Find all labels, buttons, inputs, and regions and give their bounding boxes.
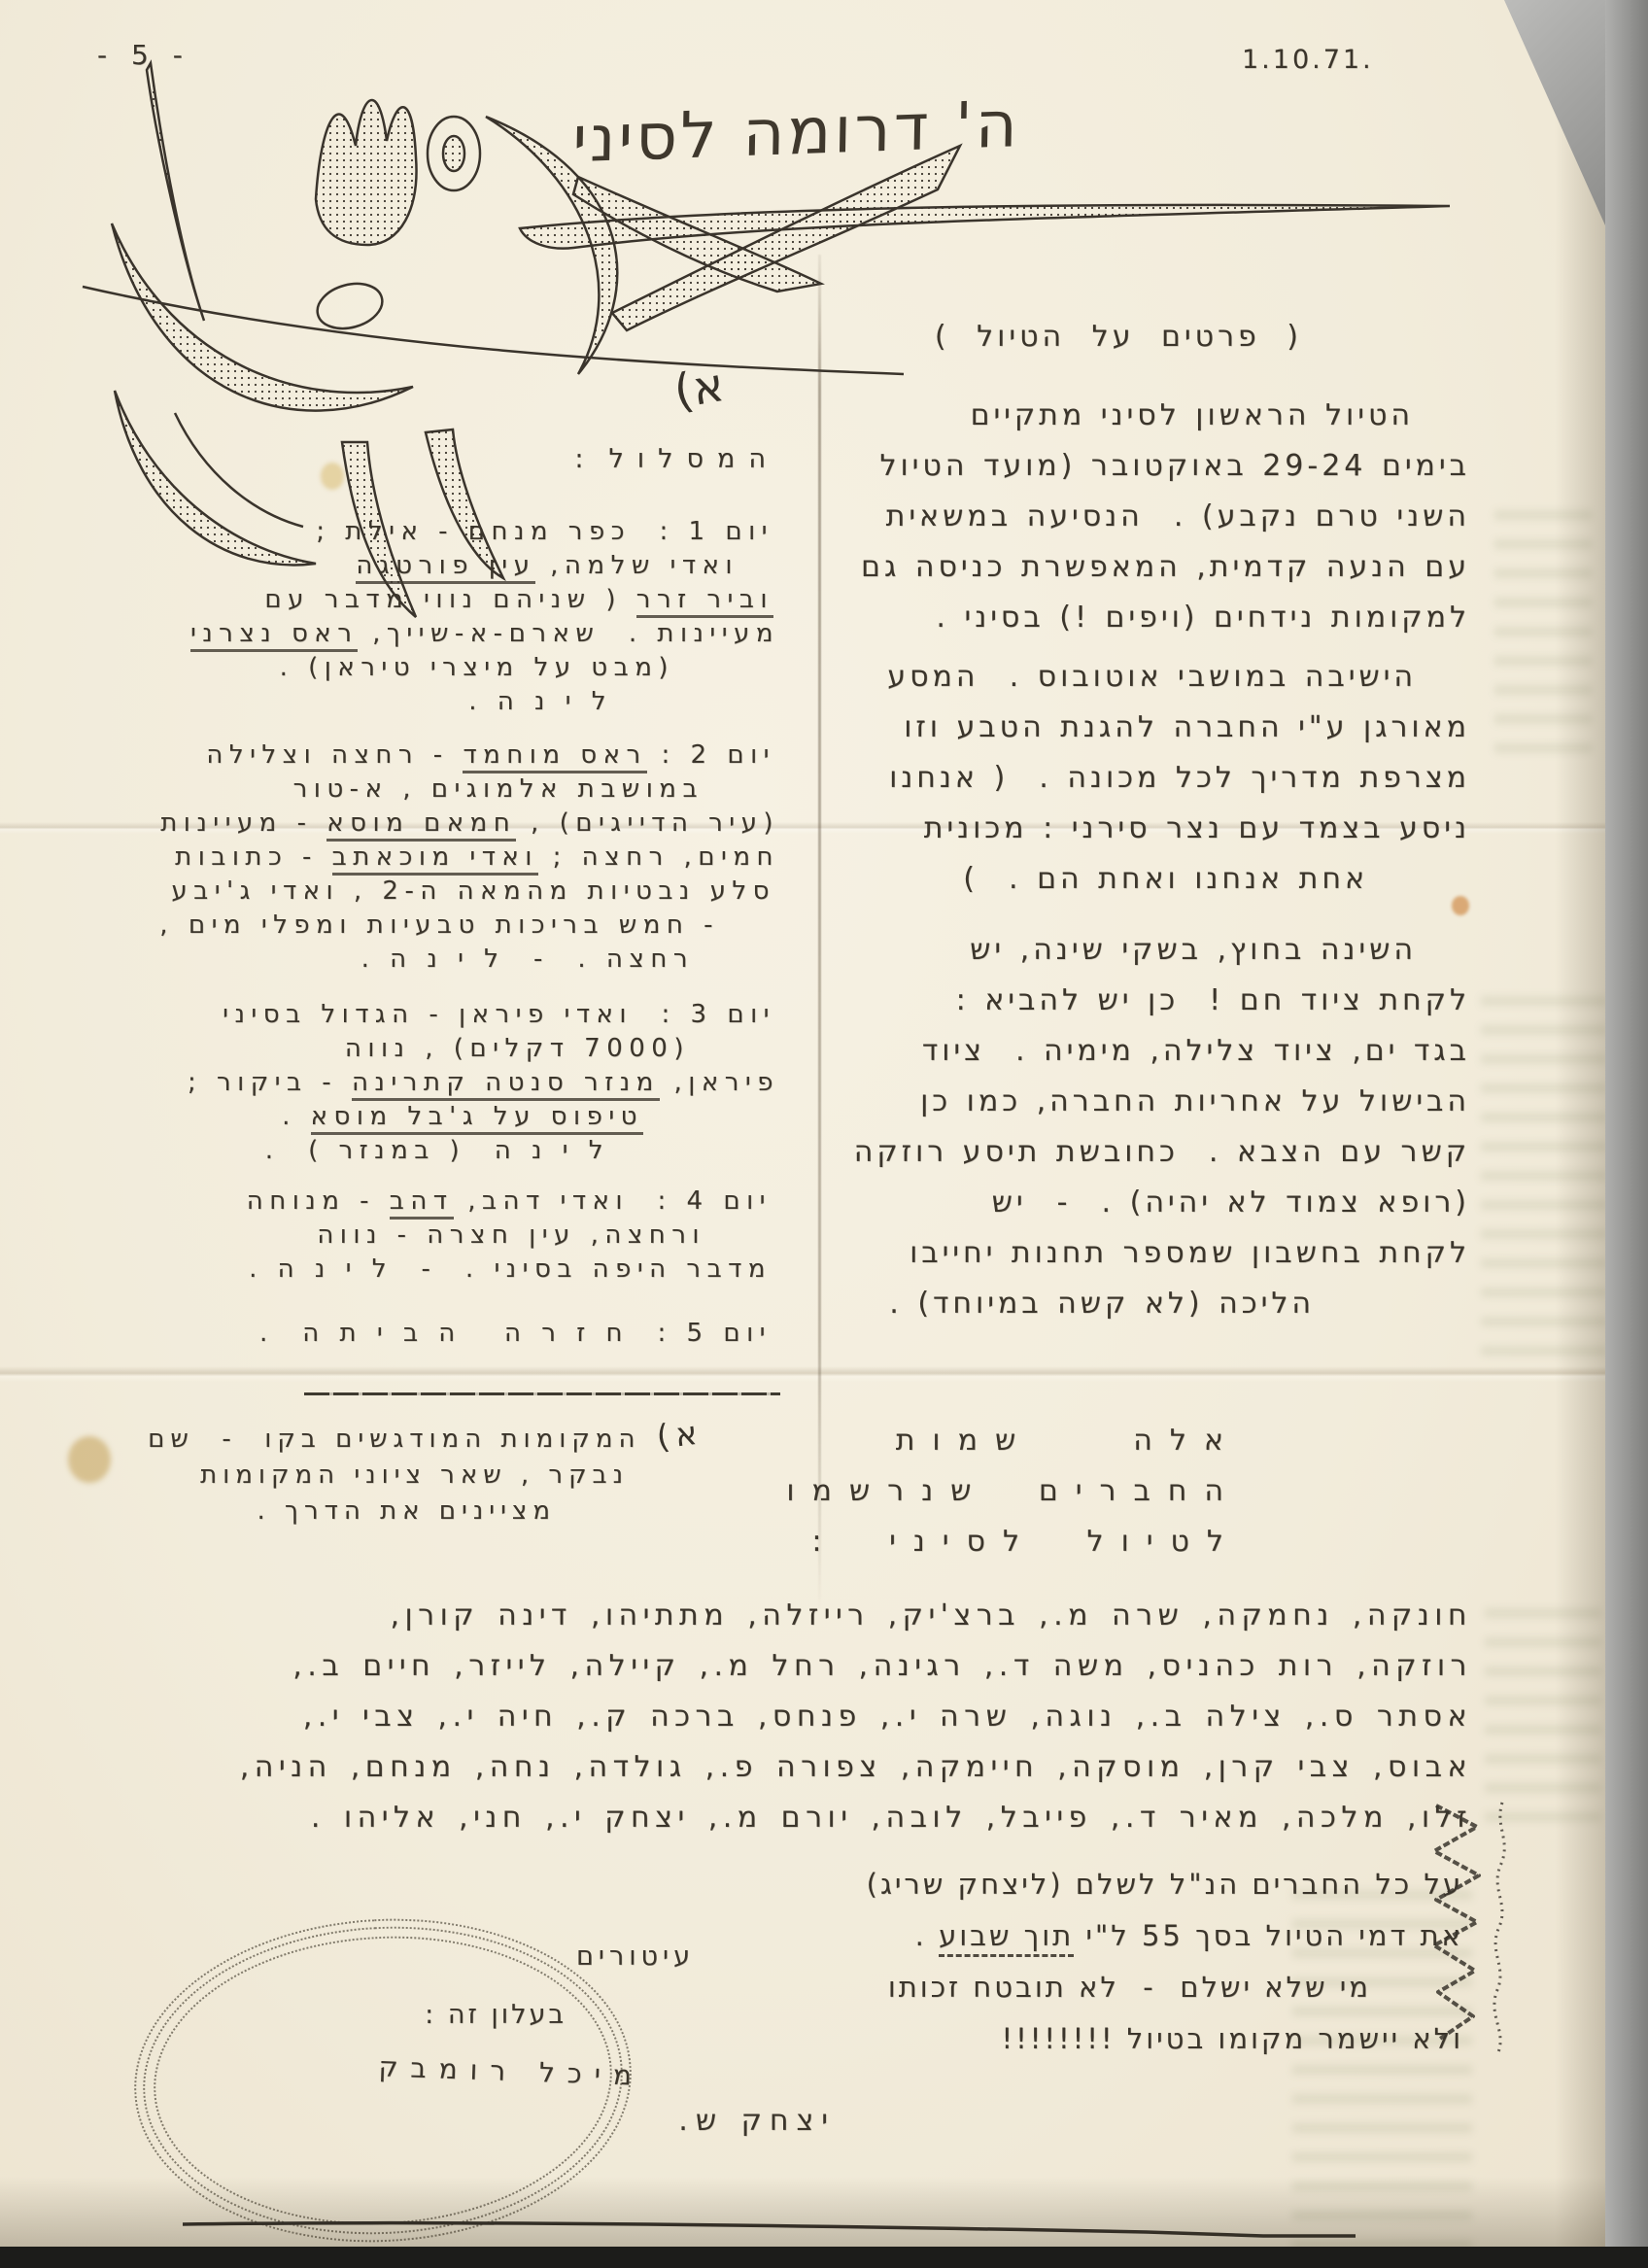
text-line: מאורגן ע"י החברה להגנת הטבע וזו xyxy=(819,703,1470,753)
text-segment: השני טרם נקבע) . הנסיעה במשאית xyxy=(886,499,1470,533)
text-segment: - ביקור ; xyxy=(188,1068,352,1097)
text-line: החברים שנרשמו xyxy=(794,1466,1241,1517)
text-line: בימים 29-24 באוקטובר (מועד הטיול xyxy=(819,441,1470,492)
zigzag-margin-decoration xyxy=(1426,1798,1533,2060)
credit-line: עיטורים xyxy=(525,1942,695,1972)
text-segment: לקחת ציוד חם ! כן יש להביא : xyxy=(956,983,1470,1017)
text-segment: פיראן, xyxy=(660,1068,779,1097)
text-segment: ניסע בצמד עם נצר סירני : מכונית xyxy=(924,811,1470,845)
text-line: הליכה (לא קשה במיוחד) . xyxy=(819,1279,1470,1329)
handwritten-marker: א) xyxy=(638,1414,705,1458)
text-line: מציינים את הדרך . xyxy=(97,1494,779,1529)
text-segment: אלה שמות xyxy=(896,1424,1241,1458)
text-segment: הישיבה במושבי אוטובוס . המסע xyxy=(887,660,1417,694)
itinerary-heading-colon: : xyxy=(574,444,583,474)
text-line: זלו, מלכה, מאיר ד., פייבל, לובה, יורם מ.… xyxy=(178,1793,1472,1843)
text-segment: הטיול הראשון לסיני מתקיים xyxy=(971,398,1414,432)
underlined-place-name: ראס מוחמד xyxy=(463,740,646,773)
underlined-place-name: ראס נצרני xyxy=(190,619,358,652)
underlined-place-name: חמאם מוסא xyxy=(326,808,516,842)
itinerary-day-2: יום 2 : ראס מוחמד - רחצה וצלילהבמושבת אל… xyxy=(97,739,779,977)
text-segment: הבישול על אחריות החברה, כמו כן xyxy=(920,1084,1470,1118)
text-segment: הליכה (לא קשה במיוחד) . xyxy=(889,1287,1315,1321)
details-paragraph-2: הישיבה במושבי אוטובוס . המסעמאורגן ע"י ה… xyxy=(819,652,1470,905)
text-line: חונקה, נחמקה, שרה מ., ברצ'יק, רייזלה, מת… xyxy=(178,1591,1472,1641)
text-segment: אבוס, צבי קרן, מוסקה, חיימקה, צפורה פ., … xyxy=(240,1750,1472,1784)
text-segment: לקחת בחשבון שמספר תחנות יחייבו xyxy=(910,1236,1470,1270)
itinerary-footnote: א) המקומות המודגשים בקו - שםנבקר , שאר צ… xyxy=(97,1418,779,1529)
details-paragraph-1: הטיול הראשון לסיני מתקייםבימים 29-24 באו… xyxy=(819,391,1470,643)
text-line: רוזקה, רות כהניס, משה ד., רגינה, רחל מ.,… xyxy=(178,1641,1472,1692)
text-segment: עם הנעה קדמית, המאפשרת כניסה גם xyxy=(861,550,1470,584)
text-line: - חמש בריכות טבעיות ומפלי מים , xyxy=(97,909,779,943)
text-segment: (עיר הדייגים) , xyxy=(516,808,779,838)
text-line: (עיר הדייגים) , חמאם מוסא - מעיינות xyxy=(97,807,779,841)
text-line: מדבר היפה בסיני . - ל י נ ה . xyxy=(97,1253,779,1287)
text-segment: המקומות המודגשים בקו - שם xyxy=(148,1425,640,1454)
text-line: וביר זרר ( שניהם נווי מדבר עם xyxy=(97,583,779,617)
text-segment: יום 3 : ואדי פיראן - הגדול בסיני xyxy=(223,1000,775,1029)
text-segment: מציינים את הדרך . xyxy=(257,1496,556,1526)
text-segment: נבקר , שאר ציוני המקומות xyxy=(200,1460,629,1490)
text-line: אלה שמות xyxy=(794,1416,1241,1466)
text-segment: ואדי שלמה, xyxy=(535,551,738,580)
text-line: א) המקומות המודגשים בקו - שם xyxy=(97,1418,779,1458)
text-segment: מאורגן ע"י החברה להגנת הטבע וזו xyxy=(904,710,1470,744)
text-line: ניסע בצמד עם נצר סירני : מכונית xyxy=(819,804,1470,854)
text-segment: בימים 29-24 באוקטובר (מועד הטיול xyxy=(879,449,1470,483)
registered-names-list: חונקה, נחמקה, שרה מ., ברצ'יק, רייזלה, מת… xyxy=(178,1591,1472,1843)
text-line: לטיול לסיני : xyxy=(794,1517,1241,1567)
text-segment: את דמי הטיול בסך 55 ל"י xyxy=(1074,1919,1463,1952)
text-segment: החברים שנרשמו xyxy=(786,1474,1241,1508)
names-heading: אלה שמותהחברים שנרשמולטיול לסיני : xyxy=(794,1416,1241,1567)
text-segment: זלו, מלכה, מאיר ד., פייבל, לובה, יורם מ.… xyxy=(311,1801,1472,1835)
text-line: (רופא צמוד לא יהיה) . - יש xyxy=(819,1178,1470,1228)
text-line: טיפוס על ג'בל מוסא . xyxy=(97,1100,779,1134)
underlined-place-name: וביר זרר xyxy=(636,585,773,618)
text-line: הטיול הראשון לסיני מתקיים xyxy=(819,391,1470,441)
text-segment: ולא יישמר מקומו בטיול !!!!!!!! xyxy=(1002,2022,1463,2055)
text-line: ואדי שלמה, עין פורטגה xyxy=(97,549,779,583)
underlined-place-name: טיפוס על ג'בל מוסא xyxy=(311,1102,643,1135)
text-segment: מצרפת מדריך לכל מכונה . ( אנחנו xyxy=(889,761,1470,795)
text-line: קשר עם הצבא . כחובשת תיסע רוזקה xyxy=(819,1127,1470,1178)
text-segment: (7000 דקלים) , נווה xyxy=(345,1034,690,1063)
itinerary-day-3: יום 3 : ואדי פיראן - הגדול בסיני(7000 דק… xyxy=(97,998,779,1168)
text-line: על כל החברים הנ"ל לשלם (ליצחק שריג) xyxy=(542,1859,1463,1910)
text-segment: ורחצה, עין חצרה - נווה xyxy=(317,1220,705,1250)
text-line: עם הנעה קדמית, המאפשרת כניסה גם xyxy=(819,542,1470,593)
text-line: (7000 דקלים) , נווה xyxy=(97,1032,779,1066)
text-segment: (מבט על מיצרי טיראן) . xyxy=(280,653,674,682)
text-line: במושבת אלמוגים , א-טור xyxy=(97,773,779,807)
text-segment: קשר עם הצבא . כחובשת תיסע רוזקה xyxy=(854,1135,1470,1169)
text-segment: - מעיינות xyxy=(160,808,326,838)
text-line: ל י נ ה . xyxy=(97,685,779,719)
text-line: אחת אנחנו ואחת הם . ) xyxy=(819,854,1470,905)
text-line: יום 3 : ואדי פיראן - הגדול בסיני xyxy=(97,998,779,1032)
text-segment: (רופא צמוד לא יהיה) . - יש xyxy=(992,1186,1470,1220)
underlined-place-name: מנזר סנטה קתרינה xyxy=(352,1068,660,1101)
footnote-separator-line xyxy=(304,1392,780,1395)
text-segment: אסתר ס., צילה ב., נוגה, שרה י., פנחס, בר… xyxy=(303,1700,1472,1734)
scanner-background-bottom xyxy=(0,2247,1648,2268)
text-segment: ל י נ ה . xyxy=(468,687,612,716)
text-segment: יום 4 : ואדי דהב, xyxy=(454,1186,772,1216)
text-segment: למקומות נידחים (ויפים !) בסיני . xyxy=(936,601,1470,635)
text-segment: - חמש בריכות טבעיות ומפלי מים , xyxy=(159,911,719,940)
text-line: אסתר ס., צילה ב., נוגה, שרה י., פנחס, בר… xyxy=(178,1692,1472,1742)
text-segment: רחצה . - ל י נ ה . xyxy=(361,945,694,974)
text-segment: - רחצה וצלילה xyxy=(206,740,463,770)
details-header: ( פרטים על הטיול ) xyxy=(923,320,1302,354)
date-stamp: 1.10.71. xyxy=(1242,45,1417,75)
handwritten-footnote-marker: א) xyxy=(670,358,729,420)
text-segment: לטיול לסיני : xyxy=(811,1525,1241,1559)
text-line: השינה בחוץ, בשקי שינה, יש xyxy=(819,925,1470,976)
text-line: בגד ים, ציוד צלילה, מימיה . ציוד xyxy=(819,1026,1470,1077)
text-line: סלע נבטיות מהמאה ה-2 , ואדי ג'יבע xyxy=(97,875,779,909)
text-segment: . xyxy=(282,1102,311,1131)
text-line: נבקר , שאר ציוני המקומות xyxy=(97,1458,779,1494)
text-segment: ל י נ ה ( במנזר ) . xyxy=(265,1136,609,1165)
text-segment: סלע נבטיות מהמאה ה-2 , ואדי ג'יבע xyxy=(171,876,775,906)
text-segment: יום 1 : כפר מנחם - אילת ; xyxy=(316,517,773,546)
text-line: מעיינות . שארם-א-שייך, ראס נצרני xyxy=(97,617,779,651)
text-segment: מדבר היפה בסיני . - ל י נ ה . xyxy=(249,1254,772,1284)
text-segment: מעיינות . שארם-א-שייך, xyxy=(358,619,779,648)
page-number: - 5 - xyxy=(97,39,262,71)
text-line: ל י נ ה ( במנזר ) . xyxy=(97,1134,779,1168)
underlined-place-name: ואדי מוכאתב xyxy=(332,842,538,876)
underlined-place-name: דהב xyxy=(390,1186,454,1220)
text-line: מצרפת מדריך לכל מכונה . ( אנחנו xyxy=(819,753,1470,804)
text-line: (מבט על מיצרי טיראן) . xyxy=(97,651,779,685)
text-line: יום 5 : ח ז ר ה ה ב י ת ה . xyxy=(97,1317,779,1351)
text-segment: ( שניהם נווי מדבר עם xyxy=(264,585,635,614)
text-segment: . xyxy=(915,1919,939,1952)
underlined-place-name: עין פורטגה xyxy=(356,551,535,584)
text-segment: חונקה, נחמקה, שרה מ., ברצ'יק, רייזלה, מת… xyxy=(390,1598,1472,1632)
text-line: השני טרם נקבע) . הנסיעה במשאית xyxy=(819,492,1470,542)
text-segment: יום 5 : ח ז ר ה ה ב י ת ה . xyxy=(259,1319,772,1348)
paper-edge-shadow xyxy=(1555,0,1605,2268)
text-line: ולא יישמר מקומו בטיול !!!!!!!! xyxy=(542,2013,1463,2065)
underlined-place-name: תוך שבוע xyxy=(939,1919,1074,1957)
text-segment: מי שלא ישלם - לא תובטח זכותו xyxy=(888,1971,1371,2004)
text-segment: אחת אנחנו ואחת הם . ) xyxy=(963,862,1368,896)
details-paragraph-3: השינה בחוץ, בשקי שינה, ישלקחת ציוד חם ! … xyxy=(819,925,1470,1329)
horizontal-fold-crease xyxy=(0,1366,1605,1382)
text-segment: השינה בחוץ, בשקי שינה, יש xyxy=(970,933,1417,967)
text-line: לקחת בחשבון שמספר תחנות יחייבו xyxy=(819,1228,1470,1279)
text-line: ורחצה, עין חצרה - נווה xyxy=(97,1219,779,1253)
text-segment: חמים, רחצה ; xyxy=(538,842,779,872)
text-line: לקחת ציוד חם ! כן יש להביא : xyxy=(819,976,1470,1026)
text-segment: רוזקה, רות כהניס, משה ד., רגינה, רחל מ.,… xyxy=(292,1649,1472,1683)
text-segment: בגד ים, ציוד צלילה, מימיה . ציוד xyxy=(922,1034,1470,1068)
itinerary-heading: המסלול: xyxy=(418,440,779,479)
text-line: הבישול על אחריות החברה, כמו כן xyxy=(819,1077,1470,1127)
text-line: הישיבה במושבי אוטובוס . המסע xyxy=(819,652,1470,703)
credit-line: בעלון זה : xyxy=(396,2000,566,2030)
itinerary-heading-word: המסלול xyxy=(608,444,779,474)
text-segment: במושבת אלמוגים , א-טור xyxy=(293,774,704,804)
text-line: חמים, רחצה ; ואדי מוכאתב - כתובות xyxy=(97,841,779,875)
text-segment: - כתובות xyxy=(175,842,332,872)
text-line: רחצה . - ל י נ ה . xyxy=(97,943,779,977)
text-line: פיראן, מנזר סנטה קתרינה - ביקור ; xyxy=(97,1066,779,1100)
bottom-shadow xyxy=(0,2177,1648,2249)
text-segment: - מנוחה xyxy=(247,1186,390,1216)
text-line: למקומות נידחים (ויפים !) בסיני . xyxy=(819,593,1470,643)
scanner-background-right xyxy=(1605,0,1648,2268)
text-line: אבוס, צבי קרן, מוסקה, חיימקה, צפורה פ., … xyxy=(178,1742,1472,1793)
text-segment: על כל החברים הנ"ל לשלם (ליצחק שריג) xyxy=(867,1868,1463,1901)
text-line: יום 4 : ואדי דהב, דהב - מנוחה xyxy=(97,1185,779,1219)
itinerary-day-1: יום 1 : כפר מנחם - אילת ;ואדי שלמה, עין … xyxy=(97,515,779,719)
itinerary-day-4: יום 4 : ואדי דהב, דהב - מנוחהורחצה, עין … xyxy=(97,1185,779,1287)
text-segment: יום 2 : xyxy=(647,740,775,770)
signature: יצחק ש. xyxy=(651,2104,836,2138)
text-line: יום 1 : כפר מנחם - אילת ; xyxy=(97,515,779,549)
text-line: יום 2 : ראס מוחמד - רחצה וצלילה xyxy=(97,739,779,773)
scanned-page: - 5 - 1.10.71. ה' דרומה לסיני א) המסלול:… xyxy=(0,0,1648,2268)
itinerary-day-5: יום 5 : ח ז ר ה ה ב י ת ה . xyxy=(97,1317,779,1351)
